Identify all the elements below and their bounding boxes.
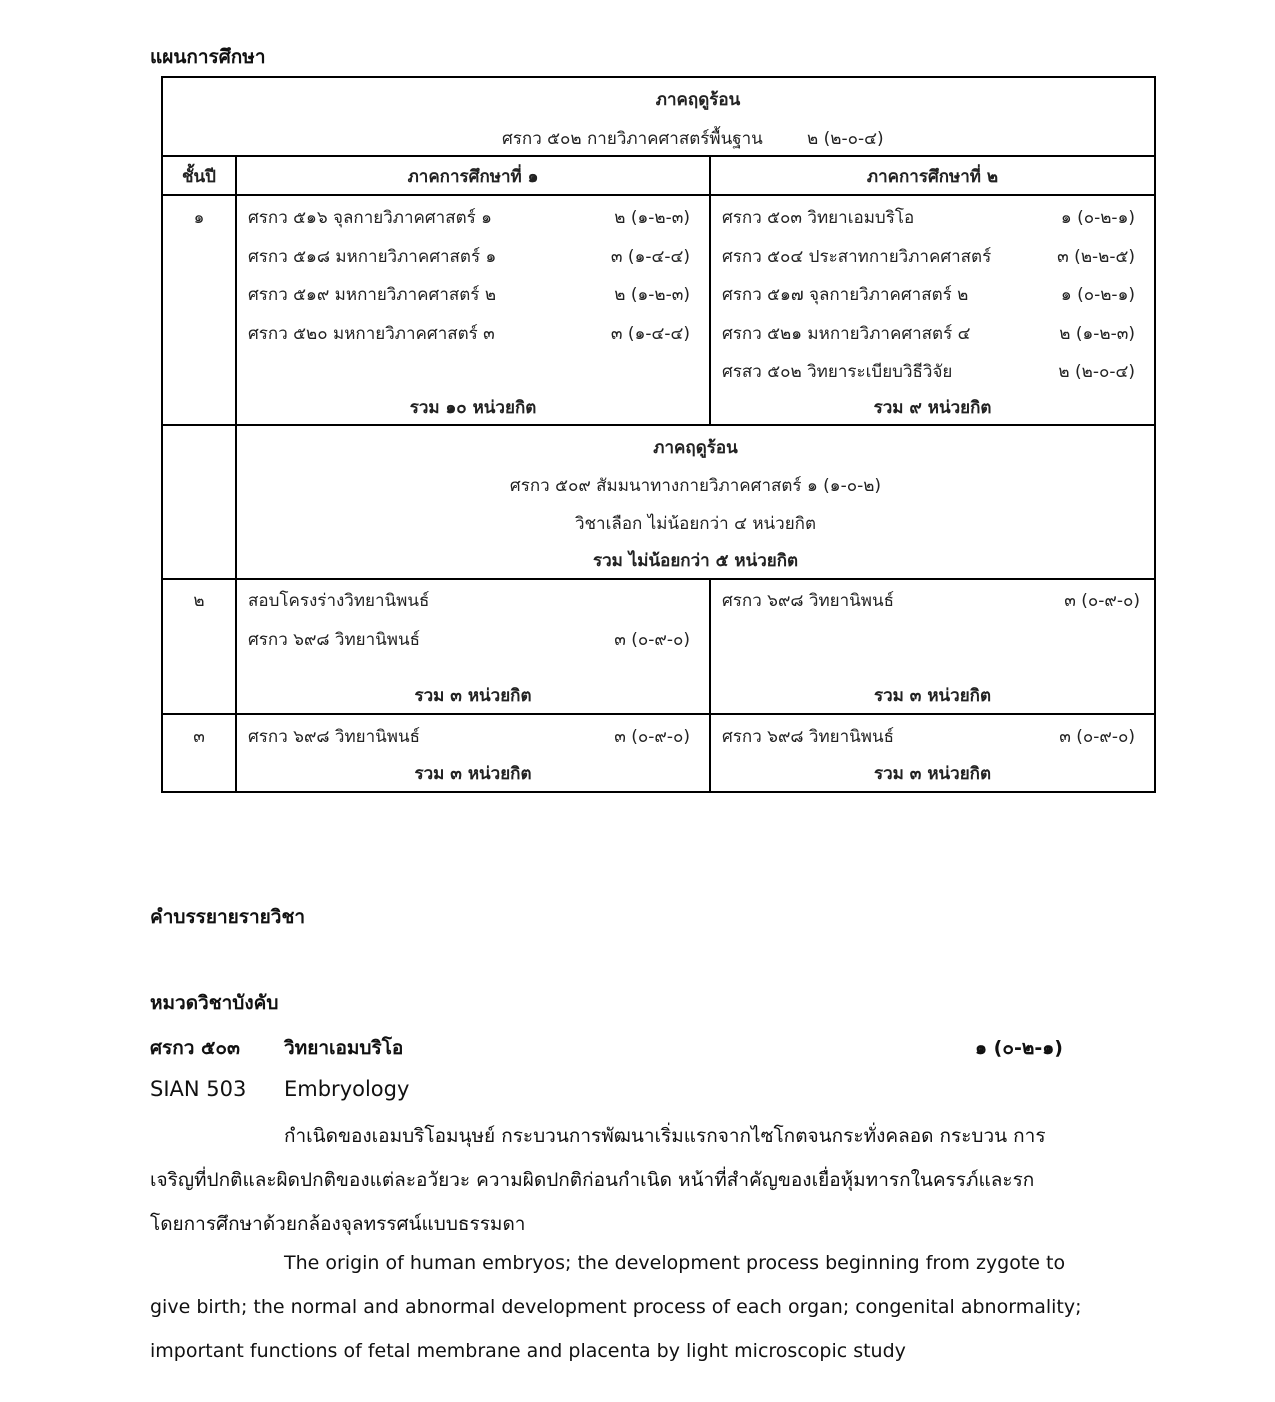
table-divider xyxy=(161,713,1156,715)
year1-summer-elective: วิชาเลือก ไม่น้อยกว่า ๔ หน่วยกิต xyxy=(237,510,1154,537)
course-name: ศรกว ๖๙๘ วิทยานิพนธ์ xyxy=(248,723,420,750)
year1-semester1-total: รวม ๑๐ หน่วยกิต xyxy=(237,394,709,421)
year2-exam: สอบโครงร่างวิทยานิพนธ์ xyxy=(248,587,429,614)
course-name: ศรกว ๖๙๘ วิทยานิพนธ์ xyxy=(722,587,894,614)
table-border-right xyxy=(1154,76,1156,793)
page-title: แผนการศึกษา xyxy=(150,42,266,72)
course-code-th: ศรกว ๕๐๓ xyxy=(150,1033,240,1063)
year-label: ๑ xyxy=(163,204,235,231)
year-label: ๒ xyxy=(163,587,235,614)
table-border-bottom xyxy=(161,791,1156,793)
course-name: ศรกว ๖๙๘ วิทยานิพนธ์ xyxy=(248,626,420,653)
table-divider xyxy=(161,424,1156,426)
table-divider-vertical xyxy=(709,155,711,426)
course-credits: ๓ (๑-๔-๔) xyxy=(560,243,690,270)
course-credits: ๑ (๐-๒-๑) xyxy=(1005,281,1135,308)
course-name-th: วิทยาเอมบริโอ xyxy=(284,1033,403,1063)
summer-course-credits: ๒ (๒-๐-๔) xyxy=(807,125,884,152)
section-title: คำบรรยายรายวิชา xyxy=(150,902,305,932)
desc-en-line: important functions of fetal membrane an… xyxy=(150,1340,906,1362)
course-name: ศรสว ๕๐๒ วิทยาระเบียบวิธีวิจัย xyxy=(722,358,952,385)
course-name: ศรกว ๕๑๘ มหกายวิภาคศาสตร์ ๑ xyxy=(248,243,496,270)
course-code-en: SIAN 503 xyxy=(150,1077,246,1101)
summer-heading: ภาคฤดูร้อน xyxy=(163,86,1233,113)
course-name: ศรกว ๕๑๖ จุลกายวิภาคศาสตร์ ๑ xyxy=(248,204,492,231)
category-title: หมวดวิชาบังคับ xyxy=(150,988,278,1018)
course-credits: ๒ (๑-๒-๓) xyxy=(560,204,690,231)
course-name: ศรกว ๕๒๑ มหกายวิภาคศาสตร์ ๔ xyxy=(722,320,970,347)
course-credits: ๓ (๐-๙-๐) xyxy=(1010,587,1140,614)
header-semester2: ภาคการศึกษาที่ ๒ xyxy=(711,163,1154,190)
course-name: ศรกว ๖๙๘ วิทยานิพนธ์ xyxy=(722,723,894,750)
table-divider xyxy=(161,194,1156,196)
desc-en-line: The origin of human embryos; the develop… xyxy=(284,1252,1065,1274)
course-credits: ๒ (๑-๒-๓) xyxy=(1005,320,1135,347)
year1-semester2-total: รวม ๙ หน่วยกิต xyxy=(711,394,1154,421)
table-divider xyxy=(161,578,1156,580)
course-credits: ๑ (๐-๒-๑) xyxy=(975,1033,1063,1063)
course-credits: ๓ (๒-๒-๕) xyxy=(1005,243,1135,270)
desc-th-line: เจริญที่ปกติและผิดปกติของแต่ละอวัยวะ ควา… xyxy=(150,1165,1034,1195)
course-credits: ๑ (๐-๒-๑) xyxy=(1005,204,1135,231)
year2-semester2-total: รวม ๓ หน่วยกิต xyxy=(711,682,1154,709)
header-semester1: ภาคการศึกษาที่ ๑ xyxy=(237,163,709,190)
desc-th-line: โดยการศึกษาด้วยกล้องจุลทรรศน์แบบธรรมดา xyxy=(150,1209,525,1239)
year-label: ๓ xyxy=(163,723,235,750)
year3-semester1-total: รวม ๓ หน่วยกิต xyxy=(237,760,709,787)
year3-semester2-total: รวม ๓ หน่วยกิต xyxy=(711,760,1154,787)
year1-summer-course: ศรกว ๕๐๙ สัมมนาทางกายวิภาคศาสตร์ ๑ (๑-๐-… xyxy=(237,472,1154,499)
desc-en-line: give birth; the normal and abnormal deve… xyxy=(150,1296,1082,1318)
course-credits: ๓ (๐-๙-๐) xyxy=(560,626,690,653)
course-name: ศรกว ๕๑๗ จุลกายวิภาคศาสตร์ ๒ xyxy=(722,281,968,308)
course-name: ศรกว ๕๑๙ มหกายวิภาคศาสตร์ ๒ xyxy=(248,281,496,308)
course-credits: ๒ (๑-๒-๓) xyxy=(560,281,690,308)
course-name: ศรกว ๕๐๔ ประสาทกายวิภาคศาสตร์ xyxy=(722,243,991,270)
course-credits: ๒ (๒-๐-๔) xyxy=(1005,358,1135,385)
year1-summer-total: รวม ไม่น้อยกว่า ๕ หน่วยกิต xyxy=(237,547,1154,574)
desc-th-line: กำเนิดของเอมบริโอมนุษย์ กระบวนการพัฒนาเร… xyxy=(284,1121,1124,1151)
summer-course: ศรกว ๕๐๒ กายวิภาคศาสตร์พื้นฐาน xyxy=(502,125,763,152)
table-border-top xyxy=(161,76,1156,78)
table-divider xyxy=(161,155,1156,157)
course-name: ศรกว ๕๐๓ วิทยาเอมบริโอ xyxy=(722,204,914,231)
course-name-en: Embryology xyxy=(284,1077,409,1101)
course-credits: ๓ (๑-๔-๔) xyxy=(560,320,690,347)
course-credits: ๓ (๐-๙-๐) xyxy=(560,723,690,750)
header-year: ชั้นปี xyxy=(163,163,235,190)
year2-semester1-total: รวม ๓ หน่วยกิต xyxy=(237,682,709,709)
course-name: ศรกว ๕๒๐ มหกายวิภาคศาสตร์ ๓ xyxy=(248,320,495,347)
year1-summer-heading: ภาคฤดูร้อน xyxy=(237,434,1154,461)
course-credits: ๓ (๐-๙-๐) xyxy=(1005,723,1135,750)
